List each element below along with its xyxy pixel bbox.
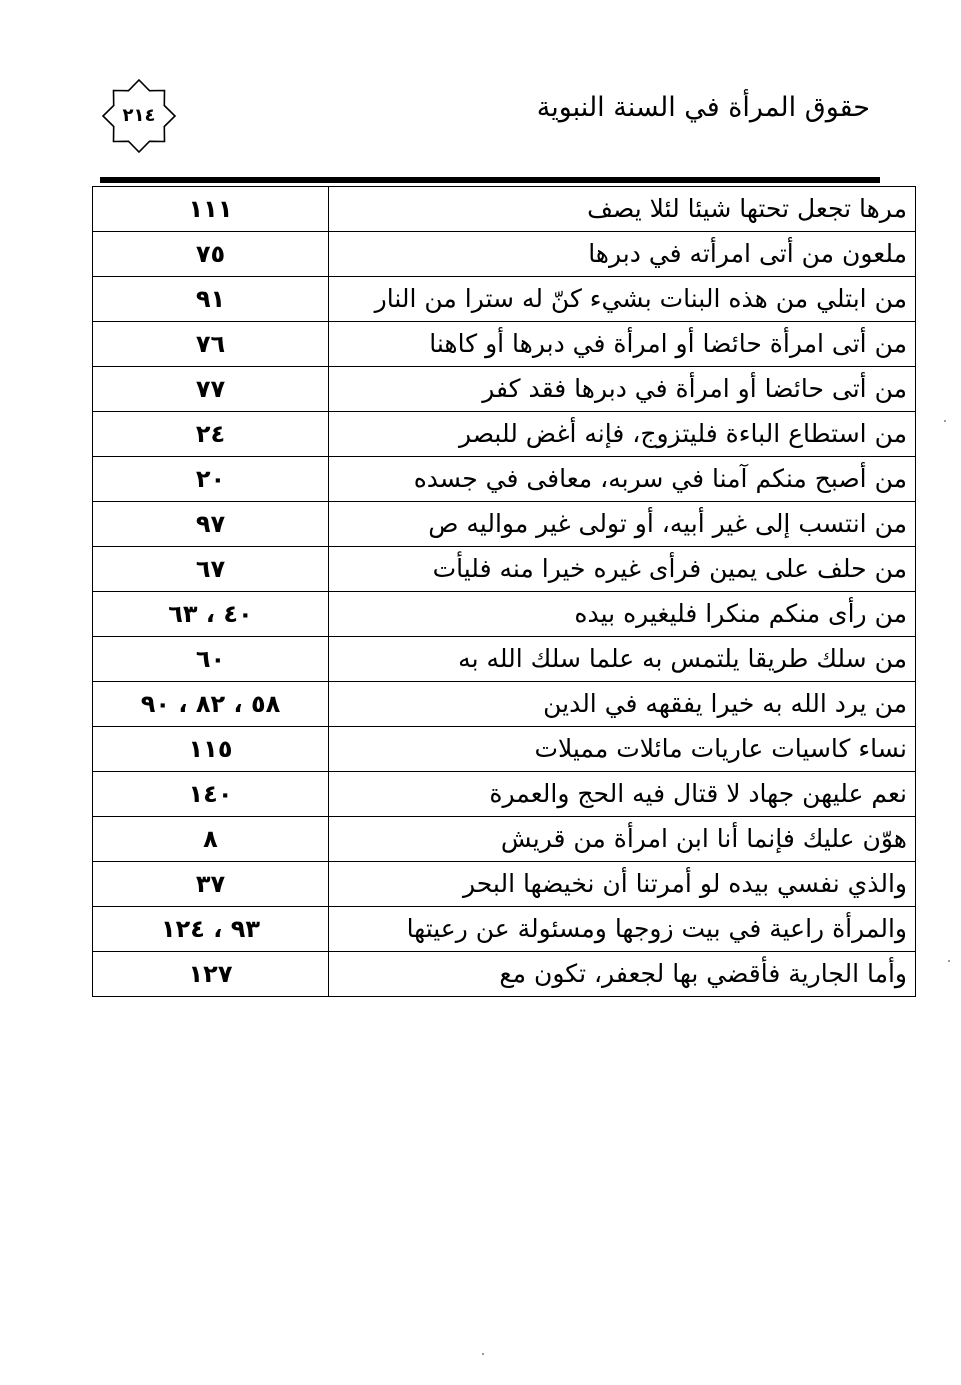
- page-reference-cell: ٥٨ ، ٨٢ ، ٩٠: [93, 682, 329, 727]
- page-reference-cell: ٦٠: [93, 637, 329, 682]
- page-reference-cell: ٢٤: [93, 412, 329, 457]
- table-row: من انتسب إلى غير أبيه، أو تولى غير موالي…: [93, 502, 916, 547]
- hadith-text-cell: من سلك طريقا يلتمس به علما سلك الله به: [329, 637, 916, 682]
- page-reference-cell: ١١٥: [93, 727, 329, 772]
- hadith-text-cell: من استطاع الباءة فليتزوج، فإنه أغض للبصر: [329, 412, 916, 457]
- hadith-text-cell: من حلف على يمين فرأى غيره خيرا منه فليأت: [329, 547, 916, 592]
- table-row: ملعون من أتى امرأته في دبرها٧٥: [93, 232, 916, 277]
- page-reference-cell: ٧٦: [93, 322, 329, 367]
- hadith-text-cell: والمرأة راعية في بيت زوجها ومسئولة عن رع…: [329, 907, 916, 952]
- table-row: مرها تجعل تحتها شيئا لئلا يصف١١١: [93, 187, 916, 232]
- hadith-text-cell: من رأى منكم منكرا فليغيره بيده: [329, 592, 916, 637]
- table-row: من أصبح منكم آمنا في سربه، معافى في جسده…: [93, 457, 916, 502]
- table-row: والذي نفسي بيده لو أمرتنا أن نخيضها البح…: [93, 862, 916, 907]
- page-reference-cell: ٩١: [93, 277, 329, 322]
- table-row: من استطاع الباءة فليتزوج، فإنه أغض للبصر…: [93, 412, 916, 457]
- table-row: من رأى منكم منكرا فليغيره بيده٤٠ ، ٦٣: [93, 592, 916, 637]
- hadith-index-table: مرها تجعل تحتها شيئا لئلا يصف١١١ملعون من…: [92, 186, 916, 997]
- hadith-text-cell: من أتى امرأة حائضا أو امرأة في دبرها أو …: [329, 322, 916, 367]
- table-row: وأما الجارية فأقضي بها لجعفر، تكون مع١٢٧: [93, 952, 916, 997]
- table-row: هوّن عليك فإنما أنا ابن امرأة من قريش٨: [93, 817, 916, 862]
- hadith-text-cell: وأما الجارية فأقضي بها لجعفر، تكون مع: [329, 952, 916, 997]
- page-reference-cell: ١٢٧: [93, 952, 329, 997]
- scan-speck: [482, 1353, 484, 1355]
- page-reference-cell: ٣٧: [93, 862, 329, 907]
- page-number: ٢١٤: [101, 78, 177, 154]
- page-reference-cell: ٢٠: [93, 457, 329, 502]
- table-row: من سلك طريقا يلتمس به علما سلك الله به٦٠: [93, 637, 916, 682]
- table-row: من أتى امرأة حائضا أو امرأة في دبرها أو …: [93, 322, 916, 367]
- hadith-text-cell: نساء كاسيات عاريات مائلات مميلات: [329, 727, 916, 772]
- hadith-text-cell: نعم عليهن جهاد لا قتال فيه الحج والعمرة: [329, 772, 916, 817]
- page-reference-cell: ٩٧: [93, 502, 329, 547]
- page-number-emblem: ٢١٤: [101, 78, 177, 154]
- hadith-text-cell: من ابتلي من هذه البنات بشيء كنّ له سترا …: [329, 277, 916, 322]
- scan-speck: [948, 960, 950, 962]
- page-header: حقوق المرأة في السنة النبوية ٢١٤: [92, 68, 880, 168]
- page-reference-cell: ٦٧: [93, 547, 329, 592]
- page-reference-cell: ٩٣ ، ١٢٤: [93, 907, 329, 952]
- page-reference-cell: ٧٥: [93, 232, 329, 277]
- hadith-text-cell: مرها تجعل تحتها شيئا لئلا يصف: [329, 187, 916, 232]
- hadith-index-body: مرها تجعل تحتها شيئا لئلا يصف١١١ملعون من…: [93, 187, 916, 997]
- page-reference-cell: ٧٧: [93, 367, 329, 412]
- page-reference-cell: ١١١: [93, 187, 329, 232]
- hadith-text-cell: من يرد الله به خيرا يفقهه في الدين: [329, 682, 916, 727]
- hadith-text-cell: من أتى حائضا أو امرأة في دبرها فقد كفر: [329, 367, 916, 412]
- table-row: نساء كاسيات عاريات مائلات مميلات١١٥: [93, 727, 916, 772]
- hadith-text-cell: ملعون من أتى امرأته في دبرها: [329, 232, 916, 277]
- hadith-text-cell: من انتسب إلى غير أبيه، أو تولى غير موالي…: [329, 502, 916, 547]
- book-title: حقوق المرأة في السنة النبوية: [537, 92, 870, 123]
- hadith-text-cell: والذي نفسي بيده لو أمرتنا أن نخيضها البح…: [329, 862, 916, 907]
- hadith-text-cell: هوّن عليك فإنما أنا ابن امرأة من قريش: [329, 817, 916, 862]
- table-row: من يرد الله به خيرا يفقهه في الدين٥٨ ، ٨…: [93, 682, 916, 727]
- header-divider: [100, 177, 880, 183]
- page-reference-cell: ٨: [93, 817, 329, 862]
- hadith-text-cell: من أصبح منكم آمنا في سربه، معافى في جسده: [329, 457, 916, 502]
- table-row: نعم عليهن جهاد لا قتال فيه الحج والعمرة١…: [93, 772, 916, 817]
- table-row: من ابتلي من هذه البنات بشيء كنّ له سترا …: [93, 277, 916, 322]
- page-reference-cell: ٤٠ ، ٦٣: [93, 592, 329, 637]
- table-row: من أتى حائضا أو امرأة في دبرها فقد كفر٧٧: [93, 367, 916, 412]
- scan-speck: [944, 420, 946, 422]
- page-reference-cell: ١٤٠: [93, 772, 329, 817]
- table-row: من حلف على يمين فرأى غيره خيرا منه فليأت…: [93, 547, 916, 592]
- table-row: والمرأة راعية في بيت زوجها ومسئولة عن رع…: [93, 907, 916, 952]
